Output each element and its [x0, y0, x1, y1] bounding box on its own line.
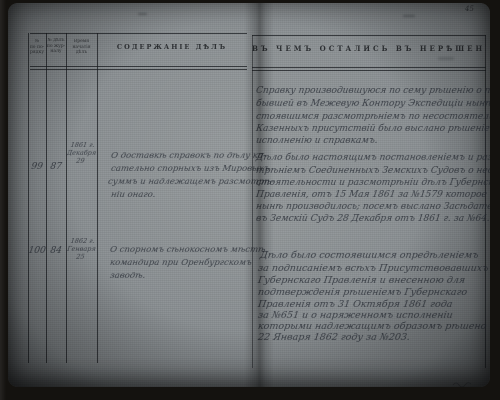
entry-text-line: О доставкѣ справокъ по дѣлу ка- [110, 151, 266, 161]
entry-date: 1861 г. Декабря 29 [64, 141, 98, 165]
entry-date-line: 1862 г. [67, 237, 99, 245]
left-header-rule-1 [30, 66, 247, 67]
scanned-register-photo: 45 № по по- рядку № дѣлъ по жур- налу Вр… [0, 0, 500, 400]
paragraph-line: Казенныхъ присутствій было выслано рѣшен… [255, 124, 490, 134]
paragraph-line: за подписаніемъ всѣхъ Присутствовавшихъ [257, 263, 489, 274]
paragraph-line: нынѣ производилось; посемъ выслано Засѣд… [255, 202, 490, 212]
entry-date-line: Генваря [65, 245, 97, 253]
paragraph-line: Дѣло было настоящимъ постановленіемъ и р… [255, 153, 490, 163]
entry-date: 1862 г. Генваря 25 [64, 237, 98, 261]
paragraph-line: 22 Января 1862 году за №203. [257, 332, 410, 343]
paragraph-line: за №651 и о наряженномъ исполненіи [257, 310, 453, 321]
paragraph-line: Дѣло было состоявшимся опредѣленіемъ [259, 250, 479, 261]
paragraph-line: въ Земскій Судъ 28 Декабря отъ 1861 г. з… [255, 214, 490, 224]
ink-smudge [438, 57, 454, 60]
col-header-number: № по по- рядку [28, 39, 46, 56]
row-number: 99 [27, 162, 46, 172]
paragraph-line: Правленія отъ 31 Октября 1861 года [257, 299, 453, 310]
left-page-title: Содержаніе дѣлъ [97, 43, 247, 51]
ink-smudge [138, 13, 147, 15]
entry-date-line: Декабря [65, 149, 97, 157]
paragraph-line: которыми надлежащимъ образомъ рѣшено [257, 321, 487, 332]
paragraph-line: трѣніемъ Соединенныхъ Земскихъ Судовъ о … [255, 166, 490, 176]
book-spread: 45 № по по- рядку № дѣлъ по жур- налу Вр… [8, 3, 490, 387]
paragraph-line: Правленія, отъ 15 Мая 1861 за №1579 кото… [255, 190, 490, 200]
left-header-rule-2 [30, 69, 247, 70]
right-header-rule-2 [252, 70, 486, 71]
left-col-rule-1 [46, 33, 47, 363]
paragraph-line: Справку производившуюся по сему рѣшенію … [255, 86, 490, 96]
entry-date-line: 25 [64, 253, 96, 261]
paragraph-line: подтвержденія рѣшеніемъ Губернскаго [257, 287, 468, 298]
ink-smudge [403, 15, 415, 17]
right-top-rule [252, 35, 486, 36]
paragraph-line: бывшей въ Межевую Контору Экспедиціи нын… [255, 99, 490, 109]
entry-date-line: 1861 г. [67, 141, 99, 149]
left-col-rule-2 [66, 33, 67, 363]
entry-date-line: 29 [64, 157, 96, 165]
corner-scribble [452, 380, 474, 387]
left-col-rule-3 [97, 33, 98, 363]
col-header-date-line: дѣлъ [66, 50, 97, 56]
col-header-file-number: № дѣлъ по жур- налу [46, 38, 66, 55]
paragraph-line: стоятельности и разсмотрѣніи дѣлъ Губерн… [255, 178, 490, 188]
entry-text-line: суммъ и надлежащемъ разсмотрѣ- [107, 177, 275, 187]
entry-text-line: ніи онаго. [110, 190, 156, 200]
col-header-file-number-line: № дѣлъ [46, 38, 66, 44]
col-header-file-number-line: налу [46, 49, 66, 55]
entry-text-line: командира при Оренбургскомъ [109, 258, 252, 268]
file-number: 84 [45, 246, 66, 256]
paragraph-line: исполненію и справкамъ. [255, 136, 378, 146]
right-left-border [252, 35, 253, 368]
col-header-number-line: рядку [28, 50, 46, 56]
left-table-top-rule [30, 33, 247, 34]
right-page-title: Въ чемъ остались въ нерѣшеніи [252, 44, 486, 53]
entry-text-line: сательно спорныхъ изъ Мировыхъ [110, 164, 270, 174]
page-number: 45 [465, 5, 474, 13]
col-header-date: Время начатія дѣлъ [66, 39, 97, 56]
entry-text-line: заводѣ. [109, 271, 146, 281]
paragraph-line: Губернскаго Правленія и внесенною для [257, 275, 466, 286]
right-header-rule-1 [252, 67, 486, 68]
entry-text-line: О спорномъ сѣнокосномъ мѣстѣ [109, 245, 266, 255]
paragraph-line: стоявшимся разсмотрѣніемъ по несостоятел… [255, 112, 490, 122]
left-col-rule-0 [28, 33, 29, 363]
